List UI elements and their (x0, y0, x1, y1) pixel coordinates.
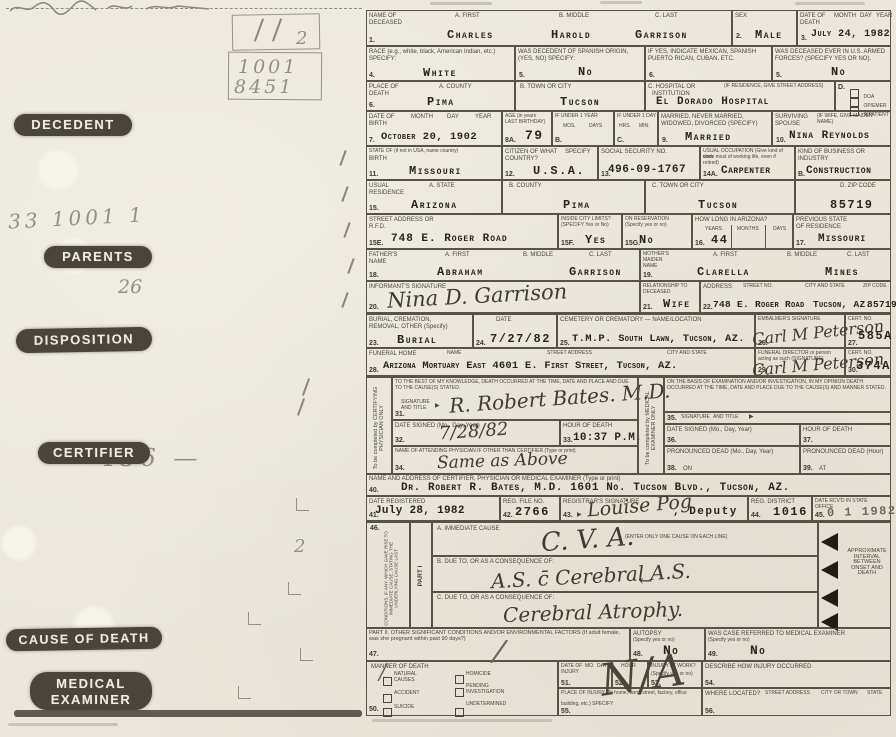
field-immediate-cause: A. IMMEDIATE CAUSE (ENTER ONLY ONE CAUSE… (432, 521, 818, 556)
field-town-of-death: B. TOWN OR CITY Tucson (515, 81, 645, 111)
field-me-signature: 35. SIGNATURE AND TITLE ▶ (664, 412, 891, 424)
value-certifier-name-address: Dr. Robert R. Bates, M.D. 1601 No. Tucso… (401, 482, 790, 494)
pencil-bracket (238, 686, 251, 699)
value-registrar-title: , Deputy (673, 506, 738, 518)
field-residence-state: USUAL RESIDENCE A. STATE 15. Arizona (366, 180, 502, 214)
stamp-medical-examiner: MEDICAL EXAMINER (30, 672, 152, 710)
field-disposition-type: BURIAL, CREMATION, REMOVAL, OTHER (Speci… (366, 313, 473, 348)
field-describe-injury: DESCRIBE HOW INJURY OCCURRED 54. (702, 661, 891, 688)
field-inside-city-limits: INSIDE CITY LIMITS? (SPECIFY Yes or No) … (558, 214, 622, 249)
field-reg-file-no: REG. FILE NO. 42. 2766 (500, 496, 560, 521)
pencil-bracket (248, 612, 261, 625)
field-me-hour-of-death: HOUR OF DEATH 37. (800, 424, 891, 446)
value-years-in-arizona: 44 (711, 233, 728, 247)
field-industry: KIND OF BUSINESS OR INDUSTRY B. Construc… (795, 146, 891, 180)
field-sex: SEX 2. Male (732, 10, 797, 46)
field-marital-status: MARRIED, NEVER MARRIED, WIDOWED, DIVORCE… (658, 111, 772, 146)
field-how-long-in-arizona: HOW LONG IN ARIZONA? YEARS MONTHS DAYS 1… (692, 214, 793, 249)
checkbox-homicide (455, 675, 464, 684)
stamp-decedent: DECEDENT (14, 114, 132, 136)
interval-arrow-icon (821, 589, 838, 607)
value-age: 79 (525, 128, 544, 143)
value-informant-zip: 85719 (867, 299, 896, 310)
value-residence-zip: 85719 (830, 198, 874, 212)
field-relationship: RELATIONSHIP TO DECEASED 21. Wife (640, 281, 700, 313)
bottom-smudge (14, 710, 362, 717)
value-ssn: 496-09-1767 (608, 164, 686, 176)
scan-blot (36, 148, 80, 192)
field-residence-zip: D. ZIP CODE 85719 (795, 180, 891, 214)
value-armed-forces: No (831, 65, 846, 79)
value-residence-city: Tucson (698, 198, 738, 212)
field-state-of-birth: STATE OF (if not in USA, name country) B… (366, 146, 502, 180)
field-surviving-spouse: SURVIVING SPOUSE (IF WIFE, GIVE MAIDEN N… (772, 111, 891, 146)
field-hour-of-death: HOUR OF DEATH 33. 10:37 P.M. (560, 420, 638, 446)
field-hospital: C. HOSPITAL OR INSTITUTION (IF RESIDENCE… (645, 81, 835, 111)
field-me-date-signed: DATE SIGNED (Mo., Day, Year) 36. (664, 424, 800, 446)
value-informant-city: Tucson, AZ. (813, 299, 872, 310)
checkbox-undetermined (455, 708, 464, 717)
field-due-to-b: B. DUE TO, OR AS A CONSEQUENCE OF: A.S. … (432, 556, 818, 592)
field-father-name: FATHER'S NAME A. FIRST B. MIDDLE C. LAST… (366, 249, 640, 281)
field-if-under-1-day: IF UNDER 1 DAY HRS. MIN. C. (614, 111, 658, 146)
field-name-of-deceased: NAME OF DECEASED 1. A. FIRST B. MIDDLE C… (366, 10, 732, 46)
field-funeral-home: FUNERAL HOME NAME STREET ADDRESS CITY AN… (366, 348, 755, 376)
field-me-statement: ON THE BASIS OF EXAMINATION AND/OR INVES… (664, 376, 891, 412)
field-death-status-checkboxes: D. DOA OP/EMER INPATIENT (835, 81, 891, 111)
strip-cause-conditions: 46. CONDITIONS, IF ANY, WHICH GAVE RISE … (366, 521, 410, 628)
field-reg-district: REG. DISTRICT 44. 1016 (748, 496, 812, 521)
margin-mark: 2 (296, 28, 307, 49)
checkbox-suicide (383, 708, 392, 717)
margin-mark: 8451 (234, 76, 294, 98)
field-date-received-state: DATE RCV'D IN STATE OFFICE 45. 0 1 1982 (812, 496, 891, 521)
field-age: AGE (in years LAST BIRTHDAY) 8A. 79 (502, 111, 552, 146)
death-certificate-scan: 2 1001 8451 33 1001 1 0144 26 436 — 2 DE… (0, 0, 896, 737)
field-approximate-interval: APPROXIMATE INTERVAL BETWEEN ONSET AND D… (818, 521, 891, 628)
margin-mark: 1001 (238, 56, 298, 78)
value-county-of-death: Pima (427, 95, 455, 109)
value-father-last: Garrison (569, 265, 622, 279)
value-date-received-stamp: 0 1 1982 (827, 504, 896, 520)
value-citizenship: U.S.A. (533, 164, 585, 178)
value-attending-physician: Same as Above (437, 449, 568, 474)
value-cert-no-embalmer: 585A (858, 329, 893, 343)
field-informant-signature: INFORMANT'S SIGNATURE 20. Nina D. Garris… (366, 281, 640, 313)
stamp-cause-of-death: CAUSE OF DEATH (6, 627, 162, 652)
margin-mark: 2 (294, 536, 305, 557)
scan-blot (0, 524, 38, 562)
field-mother-name: MOTHER'S MAIDEN NAME A. FIRST B. MIDDLE … (640, 249, 891, 281)
value-date-signed-physician: 7/28/82 (438, 419, 509, 445)
value-on-reservation: No (639, 233, 654, 247)
pencil-bracket (296, 498, 309, 511)
value-relationship: Wife (663, 297, 691, 311)
field-if-yes-indicate: IF YES, INDICATE MEXICAN, SPANISH PUERTO… (645, 46, 772, 81)
value-mother-first: Clarella (697, 265, 750, 279)
field-informant-address: ADDRESS STREET NO. CITY AND STATE ZIP CO… (700, 281, 891, 313)
value-cemetery: T.M.P. South Lawn, Tucson, AZ. (572, 333, 745, 345)
value-funeral-home: Arizona Mortuary East 4601 E. First Stre… (383, 360, 678, 372)
field-embalmer-signature: EMBALMER'S SIGNATURE 26. Carl M Peterson (755, 313, 845, 348)
field-cert-no-director: CERT. NO. 30. 374A (845, 348, 891, 376)
value-father-first: Abraham (437, 265, 484, 279)
pencil-slash (347, 258, 354, 274)
value-previous-state: Missouri (818, 233, 866, 245)
field-pronounced-dead-date: PRONOUNCED DEAD (Mo., Day, Year) 38. ON (664, 446, 800, 474)
value-first-name: Charles (447, 28, 494, 42)
strip-part-1: PART I (410, 521, 432, 628)
cut-text-fragment (795, 2, 865, 5)
pencil-bracket (300, 648, 313, 661)
field-date-registered: DATE REGISTERED 41. July 28, 1982 (366, 496, 500, 521)
checkbox-accident (383, 694, 392, 703)
value-date-of-death: July 24, 1982 (811, 29, 890, 40)
value-town-of-death: Tucson (560, 95, 600, 109)
field-ssn: SOCIAL SECURITY NO. 13. 496-09-1767 (598, 146, 700, 180)
cut-text-fragment (8, 723, 118, 726)
value-disposition-type: Burial (397, 333, 437, 347)
field-certifier-name-address: NAME AND ADDRESS OF CERTIFIER, PHYSICIAN… (366, 474, 891, 496)
field-cemetery: CEMETERY OR CREMATORY — NAME/LOCATION 25… (557, 313, 755, 348)
value-state-of-birth: Missouri (409, 164, 462, 178)
arrow-icon: ▶ (749, 414, 754, 421)
interval-arrow-icon (821, 533, 838, 551)
arrow-icon: ▶ (577, 512, 582, 519)
field-date-signed-physician: DATE SIGNED (Mo., Day, Year) 32. 7/28/82 (392, 420, 560, 446)
interval-arrow-icon (821, 561, 838, 579)
field-referred-to-me: WAS CASE REFERRED TO MEDICAL EXAMINER (S… (705, 628, 891, 661)
value-informant-street: 748 E. Roger Road (713, 299, 805, 310)
field-registrar-signature: REGISTRAR'S SIGNATURE 43. ▶ Louise Pog ,… (560, 496, 748, 521)
pencil-bracket (288, 582, 301, 595)
value-reg-district: 1016 (773, 505, 808, 519)
field-attending-physician: NAME OF ATTENDING PHYSICIAN IF OTHER THA… (392, 446, 638, 474)
margin-mark: 26 (118, 276, 142, 298)
margin-mark: 33 1001 1 (7, 202, 146, 233)
checkbox-pending-investigation (455, 688, 464, 697)
field-physician-signature: TO THE BEST OF MY KNOWLEDGE, DEATH OCCUR… (392, 376, 638, 420)
value-marital-status: Married (685, 130, 732, 144)
cut-text-fragment (600, 1, 642, 4)
pencil-slash (341, 186, 348, 202)
field-on-reservation: ON RESERVATION (Specify yes or no) 15G. … (622, 214, 692, 249)
arrow-icon: ▶ (435, 403, 440, 410)
value-last-name: Garrison (635, 28, 688, 42)
pencil-slash (341, 292, 348, 308)
value-sex: Male (755, 28, 783, 42)
value-spanish-origin: No (578, 65, 593, 79)
field-armed-forces: WAS DECEASED EVER IN U.S. ARMED FORCES? … (772, 46, 891, 81)
field-date-of-birth: DATE OF BIRTH MONTH DAY YEAR 7. October … (366, 111, 502, 146)
value-residence-county: Pima (563, 198, 591, 212)
cut-text-fragment (430, 2, 492, 5)
value-race: White (423, 66, 457, 80)
field-spanish-origin: WAS DECEDENT OF SPANISH ORIGIN, (YES, NO… (515, 46, 645, 81)
value-residence-state: Arizona (411, 198, 458, 212)
value-inside-city-limits: Yes (585, 233, 606, 247)
pencil-slash (343, 222, 350, 238)
field-if-under-1-year: IF UNDER 1 YEAR MOS. DAYS B. (552, 111, 614, 146)
pencil-check-natural: ∕ (379, 660, 386, 685)
pencil-slash (302, 378, 310, 396)
value-cert-no-director: 374A (856, 359, 891, 373)
field-disposition-date: DATE 24. 7/27/82 (473, 313, 557, 348)
field-due-to-c: C. DUE TO, OR AS A CONSEQUENCE OF: Cereb… (432, 592, 818, 628)
strip-medical-examiner: To be completed by MEDICAL EXAMINER ONLY (638, 376, 664, 474)
pencil-slash (339, 150, 346, 166)
field-citizen-of: CITIZEN OF WHAT COUNTRY? SPECIFY 12. U.S… (502, 146, 598, 180)
stamp-disposition: DISPOSITION (16, 327, 152, 353)
value-industry: Construction (806, 165, 871, 177)
field-place-of-death-county: PLACE OF DEATH A. COUNTY 6. Pima (366, 81, 515, 111)
field-where-located: WHERE LOCATED? STREET ADDRESS CITY OR TO… (702, 688, 891, 716)
stamp-certifier: CERTIFIER (38, 442, 150, 464)
field-occupation: USUAL OCCUPATION (Give kind of work done… (700, 146, 795, 180)
value-mother-last: Mines (825, 265, 859, 279)
value-hour-of-death: 10:37 P.M. (573, 432, 642, 444)
pencil-dash-line (6, 8, 362, 9)
pencil-slash (297, 398, 305, 416)
field-pronounced-dead-hour: PRONOUNCED DEAD (Hour) 39. AT (800, 446, 891, 474)
stamp-parents: PARENTS (44, 246, 152, 268)
value-spouse: Nina Reynolds (789, 130, 870, 142)
value-disposition-date: 7/27/82 (490, 332, 551, 346)
field-residence-city: C. TOWN OR CITY Tucson (645, 180, 795, 214)
value-hospital: El Dorado Hospital (656, 96, 769, 108)
value-middle-name: Harold (551, 28, 591, 42)
value-date-of-birth: October 20, 1902 (381, 131, 477, 143)
field-cert-no-embalmer: CERT. NO. 27. 585A (845, 313, 891, 348)
field-funeral-director-signature: FUNERAL DIRECTOR or person acting as suc… (755, 348, 845, 376)
value-occupation: Carpenter (721, 165, 771, 177)
value-reg-file-no: 2766 (515, 505, 550, 519)
value-street-address: 748 E. Roger Road (391, 233, 508, 245)
field-date-of-death: DATE OF DEATH MONTH DAY YEAR 3. July 24,… (797, 10, 891, 46)
field-street-address: STREET ADDRESS OR R.F.D. 15E. 748 E. Rog… (366, 214, 558, 249)
field-previous-state: PREVIOUS STATE OF RESIDENCE 17. Missouri (793, 214, 891, 249)
value-referred-to-me: No (750, 643, 766, 658)
strip-certifying-physician: To be completed by CERTIFYING PHYSICIAN … (366, 376, 392, 474)
value-immediate-cause: C. V. A. (540, 522, 635, 558)
value-due-to-c: Cerebral Atrophy. (503, 597, 684, 627)
field-race: RACE (e.g., white, black, American India… (366, 46, 515, 81)
field-residence-county: B. COUNTY Pima (502, 180, 645, 214)
pencil-arrow: ← (639, 571, 652, 590)
value-date-registered: July 28, 1982 (375, 505, 465, 517)
field-manner-of-death: MANNER OF DEATH 50. NATURAL CAUSES ACCID… (366, 661, 558, 716)
